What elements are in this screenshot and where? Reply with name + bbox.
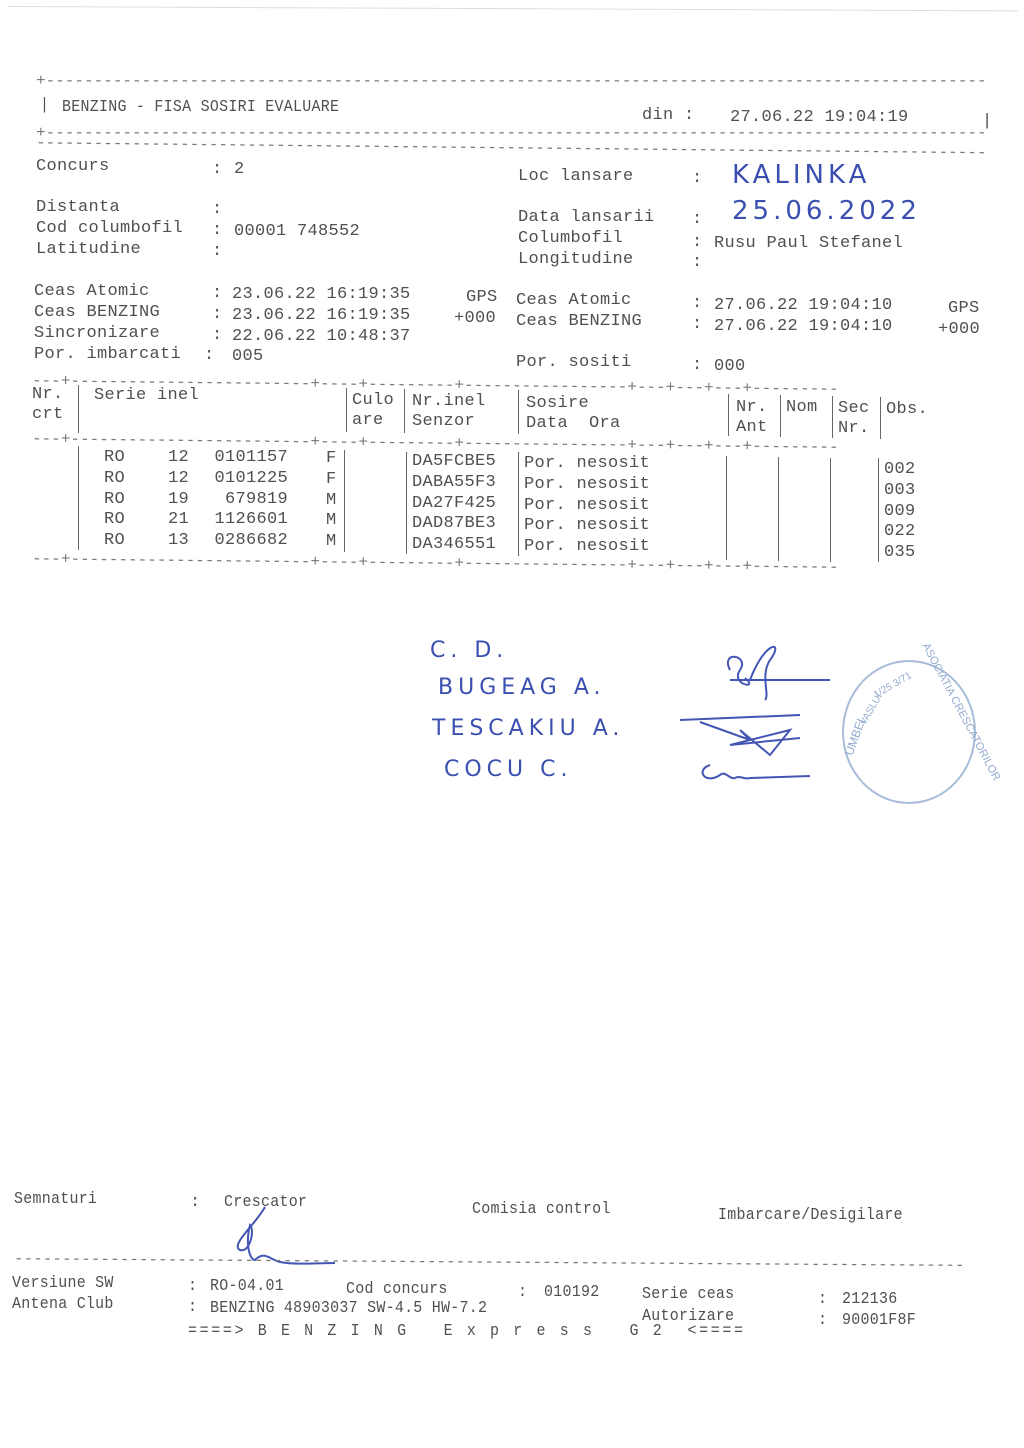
col-divider bbox=[518, 452, 519, 556]
por-imbarcati-colon: : bbox=[204, 346, 215, 366]
ceas-benzing-left-colon: : bbox=[212, 305, 223, 325]
signature-1-icon bbox=[690, 640, 840, 700]
col-divider bbox=[78, 446, 79, 550]
columbofil-label: Columbofil bbox=[518, 229, 623, 249]
col-divider bbox=[406, 452, 407, 554]
cell-obs: 009 bbox=[884, 502, 916, 522]
cod-columbofil-colon: : bbox=[212, 221, 223, 241]
cell-sosire: Por. nesosit bbox=[524, 475, 650, 495]
antena-club-value: BENZING 48903037 SW-4.5 HW-7.2 bbox=[210, 1299, 487, 1319]
concurs-label: Concurs bbox=[36, 157, 110, 177]
sincronizare-label: Sincronizare bbox=[34, 324, 160, 344]
concurs-colon: : bbox=[212, 160, 223, 180]
col-divider bbox=[728, 394, 729, 436]
cell-sex: M bbox=[326, 532, 337, 552]
ceas-atomic-left-colon: : bbox=[212, 284, 223, 304]
ceas-atomic-left-value: 23.06.22 16:19:35 bbox=[232, 285, 411, 305]
cell-senzor: DABA55F3 bbox=[412, 473, 496, 493]
data-lansarii-label: Data lansarii bbox=[518, 208, 655, 228]
loc-lansare-label: Loc lansare bbox=[518, 167, 634, 187]
ceas-benzing-left-value: 23.06.22 16:19:35 bbox=[232, 306, 411, 326]
cell-year: 12 bbox=[168, 469, 189, 489]
loc-lansare-value: KALINKA bbox=[732, 160, 870, 190]
antena-club-label: Antena Club bbox=[12, 1295, 114, 1315]
th-nom: Nom bbox=[786, 398, 818, 418]
por-imbarcati-value: 005 bbox=[232, 347, 264, 367]
col-divider bbox=[726, 456, 727, 560]
longitudine-label: Longitudine bbox=[518, 250, 634, 270]
ceas-atomic-left-label: Ceas Atomic bbox=[34, 282, 150, 302]
ceas-benzing-right-value: 27.06.22 19:04:10 bbox=[714, 317, 893, 337]
handwritten-member-2: TESCAKIU A. bbox=[432, 716, 624, 741]
ceas-benzing-left-label: Ceas BENZING bbox=[34, 303, 160, 323]
cell-senzor: DA5FCBE5 bbox=[412, 452, 496, 472]
cell-sex: F bbox=[326, 449, 337, 469]
cell-ring-number: 679819 bbox=[192, 490, 288, 510]
th-nr-ant-1: Nr. bbox=[736, 398, 768, 418]
longitudine-colon: : bbox=[692, 253, 703, 273]
cell-obs: 035 bbox=[884, 543, 916, 563]
sincronizare-colon: : bbox=[212, 326, 223, 346]
autorizare-value: 90001F8F bbox=[842, 1311, 916, 1331]
header-top-border: +---------------------------------------… bbox=[36, 72, 988, 90]
th-nr-crt-1: Nr. bbox=[32, 385, 64, 405]
autorizare-colon: : bbox=[818, 1311, 827, 1331]
col-divider bbox=[878, 458, 879, 562]
th-sec-nr-1: Sec bbox=[838, 399, 870, 419]
ceas-benzing-right-colon: : bbox=[692, 315, 703, 335]
table-bottom-border: ---+-------------------------+----+-----… bbox=[32, 550, 984, 578]
ceas-atomic-left-suffix: GPS bbox=[466, 288, 498, 308]
loc-lansare-colon: : bbox=[692, 169, 703, 189]
ceas-atomic-right-value: 27.06.22 19:04:10 bbox=[714, 296, 893, 316]
cell-year: 12 bbox=[168, 448, 189, 468]
cell-sex: F bbox=[326, 470, 337, 490]
serie-ceas-colon: : bbox=[818, 1290, 827, 1310]
th-nr-inel-senzor-2: Senzor bbox=[412, 412, 475, 432]
col-divider bbox=[518, 390, 519, 434]
footer-divider: ----------------------------------------… bbox=[14, 1250, 964, 1275]
ceas-atomic-right-suffix: GPS bbox=[948, 299, 980, 319]
cell-senzor: DAD87BE3 bbox=[412, 514, 496, 534]
cell-obs: 022 bbox=[884, 522, 916, 542]
data-lansarii-value: 25.06.2022 bbox=[732, 196, 921, 226]
cell-country: RO bbox=[104, 490, 125, 510]
versiune-sw-label: Versiune SW bbox=[12, 1274, 114, 1294]
footer-banner: ====> B E N Z I N G E x p r e s s G 2 <=… bbox=[188, 1322, 746, 1342]
imbarcare-label: Imbarcare/Desigilare bbox=[718, 1206, 903, 1226]
cell-ring-number: 0101225 bbox=[192, 469, 288, 489]
th-culoare-2: are bbox=[352, 411, 384, 431]
stamp-number: 1/25 3/71 bbox=[872, 670, 914, 700]
header-left-bar: | bbox=[40, 96, 49, 116]
latitudine-colon: : bbox=[212, 242, 223, 262]
handwritten-header: C. D. bbox=[430, 638, 508, 663]
cod-concurs-label: Cod concurs bbox=[346, 1280, 448, 1300]
ceas-benzing-left-suffix: +000 bbox=[454, 309, 496, 329]
por-sositi-colon: : bbox=[692, 356, 703, 376]
por-imbarcati-label: Por. imbarcati bbox=[34, 345, 181, 365]
cell-ring-number: 0101157 bbox=[192, 448, 288, 468]
col-divider bbox=[880, 397, 881, 439]
comisia-control-label: Comisia control bbox=[472, 1200, 611, 1220]
cod-columbofil-label: Cod columbofil bbox=[36, 219, 183, 239]
col-divider bbox=[78, 385, 79, 433]
cell-ring-number: 0286682 bbox=[192, 531, 288, 551]
cell-sosire: Por. nesosit bbox=[524, 454, 650, 474]
cell-country: RO bbox=[104, 510, 125, 530]
distanta-colon: : bbox=[212, 200, 223, 220]
th-sosire-1: Sosire bbox=[526, 394, 589, 414]
antena-club-colon: : bbox=[188, 1298, 197, 1318]
distanta-label: Distanta bbox=[36, 198, 120, 218]
th-nr-ant-2: Ant bbox=[736, 418, 768, 438]
cell-sex: M bbox=[326, 511, 337, 531]
cell-ring-number: 1126601 bbox=[192, 510, 288, 530]
col-divider bbox=[832, 396, 833, 438]
por-sositi-label: Por. sositi bbox=[516, 353, 632, 373]
cod-columbofil-value: 00001 748552 bbox=[234, 222, 360, 242]
ceas-atomic-right-label: Ceas Atomic bbox=[516, 291, 632, 311]
cell-country: RO bbox=[104, 531, 125, 551]
col-divider bbox=[780, 395, 781, 437]
th-sec-nr-2: Nr. bbox=[838, 419, 870, 439]
cell-sex: M bbox=[326, 491, 337, 511]
cell-obs: 003 bbox=[884, 481, 916, 501]
columbofil-value: Rusu Paul Stefanel bbox=[714, 234, 903, 254]
sincronizare-value: 22.06.22 10:48:37 bbox=[232, 327, 411, 347]
col-divider bbox=[830, 458, 831, 562]
col-divider bbox=[404, 389, 405, 433]
col-divider bbox=[344, 450, 345, 552]
stamp-text-outer: ASOCIATIA CRESCATORILOR bbox=[920, 641, 1003, 783]
cod-concurs-colon: : bbox=[518, 1283, 527, 1303]
data-lansarii-colon: : bbox=[692, 210, 703, 230]
handwritten-member-3: COCU C. bbox=[444, 757, 573, 782]
th-sosire-2: Data Ora bbox=[526, 414, 621, 434]
serie-ceas-value: 212136 bbox=[842, 1290, 897, 1310]
ceas-benzing-right-label: Ceas BENZING bbox=[516, 312, 642, 332]
ceas-atomic-right-colon: : bbox=[692, 294, 703, 314]
header-title: BENZING - FISA SOSIRI EVALUARE bbox=[62, 98, 339, 118]
col-divider bbox=[346, 388, 347, 432]
cell-country: RO bbox=[104, 469, 125, 489]
th-nr-inel-senzor-1: Nr.inel bbox=[412, 392, 486, 412]
cell-country: RO bbox=[104, 448, 125, 468]
concurs-value: 2 bbox=[234, 160, 245, 180]
versiune-sw-value: RO-04.01 bbox=[210, 1277, 284, 1297]
serie-ceas-label: Serie ceas bbox=[642, 1285, 734, 1305]
th-obs: Obs. bbox=[886, 400, 928, 420]
cell-year: 21 bbox=[168, 510, 189, 530]
versiune-sw-colon: : bbox=[188, 1277, 197, 1297]
cod-concurs-value: 010192 bbox=[544, 1283, 599, 1303]
cell-sosire: Por. nesosit bbox=[524, 537, 650, 557]
signature-3-icon bbox=[690, 750, 830, 790]
cell-senzor: DA27F425 bbox=[412, 494, 496, 514]
cell-year: 13 bbox=[168, 531, 189, 551]
th-nr-crt-2: crt bbox=[32, 405, 64, 425]
page-edge bbox=[8, 6, 1018, 11]
cell-sosire: Por. nesosit bbox=[524, 496, 650, 516]
cell-year: 19 bbox=[168, 490, 189, 510]
columbofil-colon: : bbox=[692, 233, 703, 253]
col-divider bbox=[778, 457, 779, 561]
latitudine-label: Latitudine bbox=[36, 240, 141, 260]
th-culoare-1: Culo bbox=[352, 391, 394, 411]
cell-senzor: DA346551 bbox=[412, 535, 496, 555]
ceas-benzing-right-suffix: +000 bbox=[938, 320, 980, 340]
semnaturi-colon: : bbox=[190, 1193, 201, 1213]
association-stamp: ASOCIATIA CRESCATORILOR UMBEI VASLUI 1/2… bbox=[842, 660, 976, 804]
header-date-label: din : bbox=[642, 106, 695, 126]
handwritten-member-1: BUGEAG A. bbox=[438, 675, 606, 700]
semnaturi-label: Semnaturi bbox=[14, 1190, 97, 1210]
cell-sosire: Por. nesosit bbox=[524, 516, 650, 536]
por-sositi-value: 000 bbox=[714, 357, 746, 377]
cell-obs: 002 bbox=[884, 460, 916, 480]
th-serie-inel: Serie inel bbox=[94, 386, 199, 406]
